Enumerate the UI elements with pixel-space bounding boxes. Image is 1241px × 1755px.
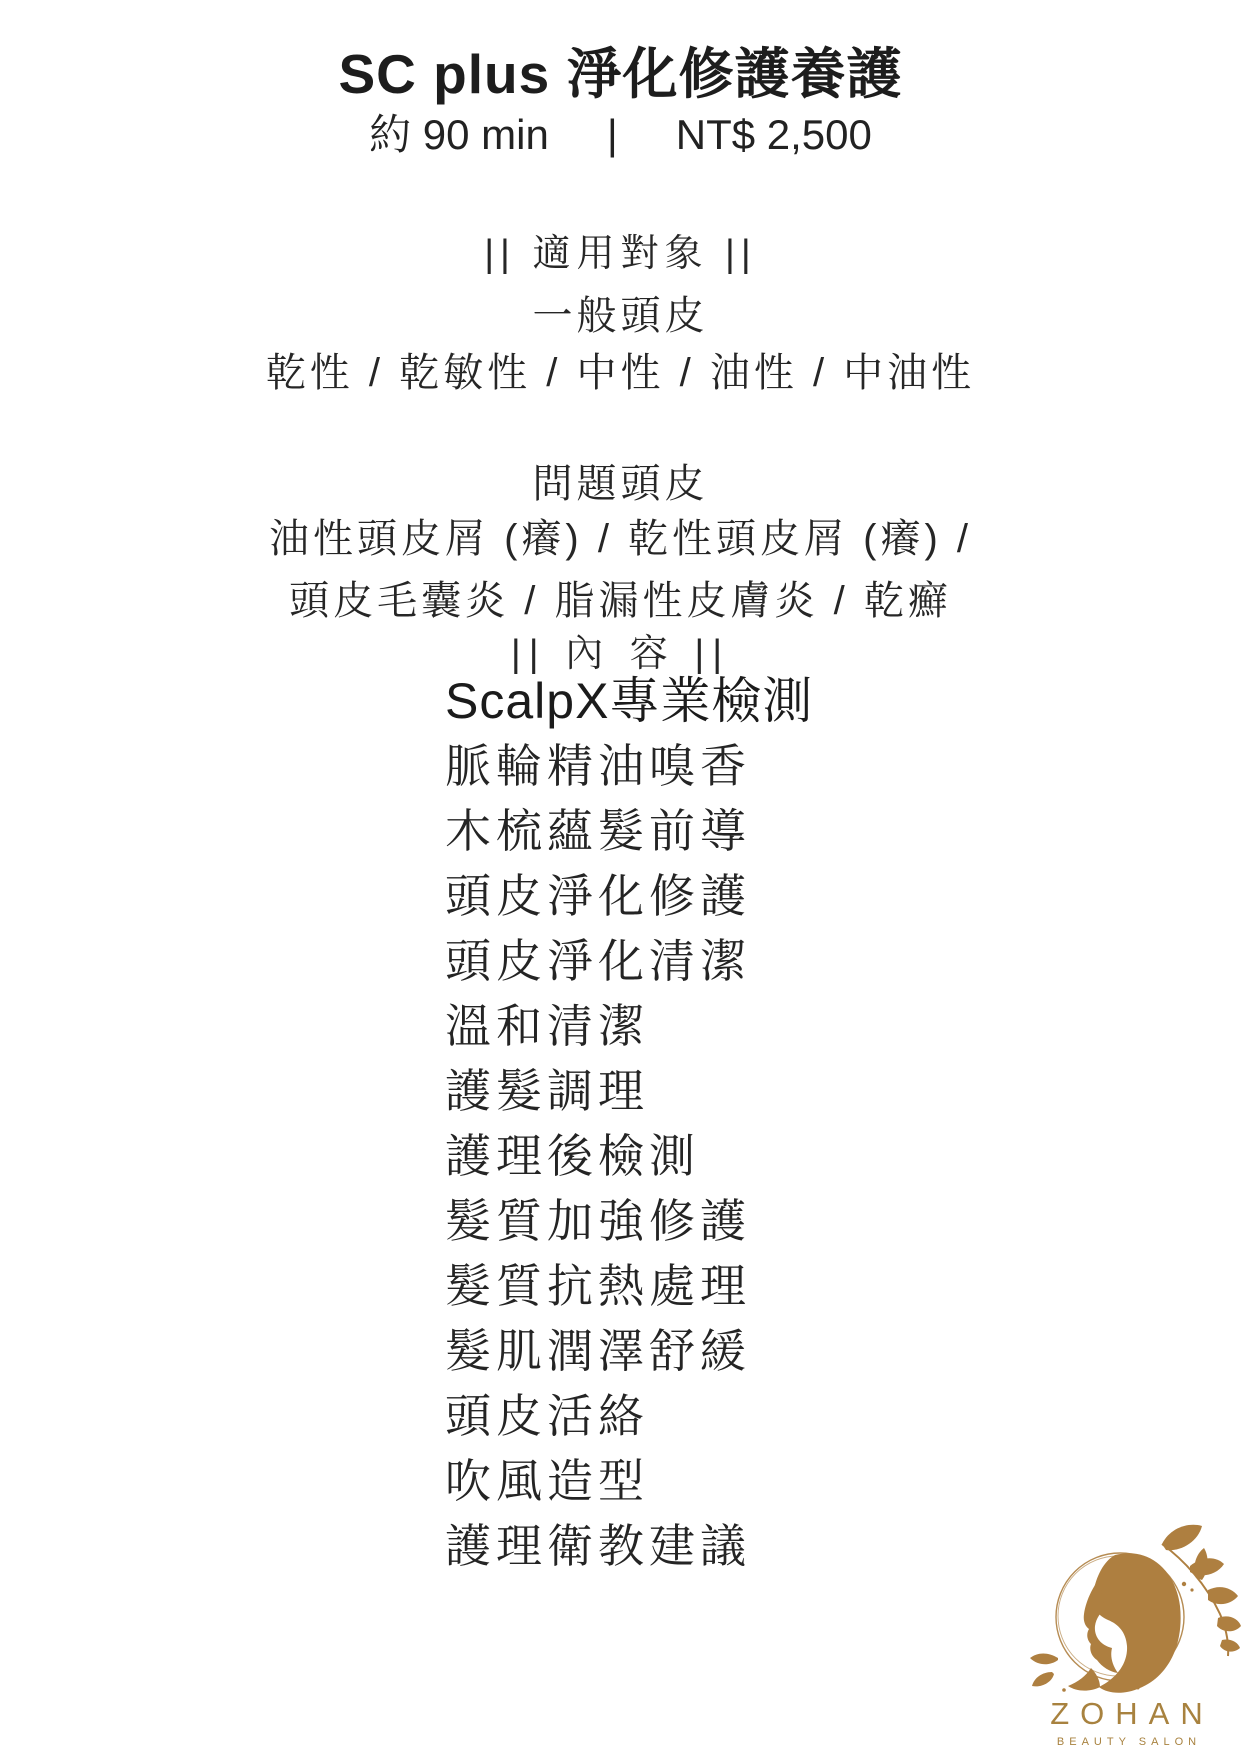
logo-tagline: BEAUTY SALON	[1052, 1736, 1201, 1748]
price-text: NT$ 2,500	[676, 111, 872, 159]
duration-price-row: 約 90 min | NT$ 2,500	[0, 102, 1241, 162]
normal-scalp-label: 一般頭皮	[0, 284, 1241, 341]
list-item: 髮質抗熱處理	[445, 1254, 813, 1319]
problem-scalp-label: 問題頭皮	[0, 452, 1241, 509]
list-item: 脈輪精油嗅香	[445, 734, 813, 799]
treatment-steps-list: ScalpX專業檢測 脈輪精油嗅香 木梳蘊髮前導 頭皮淨化修護 頭皮淨化清潔 溫…	[445, 668, 813, 1579]
problem-scalp-line2: 頭皮毛囊炎 / 脂漏性皮膚炎 / 乾癬	[0, 569, 1241, 626]
list-item: 頭皮淨化修護	[445, 864, 813, 929]
list-item: 護理衛教建議	[445, 1514, 813, 1579]
list-item: 髮質加強修護	[445, 1189, 813, 1254]
problem-scalp-line1: 油性頭皮屑 (癢) / 乾性頭皮屑 (癢) /	[0, 507, 1241, 564]
page-title: SC plus 淨化修護養護	[0, 30, 1241, 109]
list-item: 頭皮淨化清潔	[445, 929, 813, 994]
audience-section-header: || 適用對象 ||	[0, 222, 1241, 277]
list-item: 木梳蘊髮前導	[445, 799, 813, 864]
list-item: ScalpX專業檢測	[445, 668, 813, 734]
list-item: 溫和清潔	[445, 994, 813, 1059]
list-item: 頭皮活絡	[445, 1384, 813, 1449]
logo-wordmark: ZOHAN	[1039, 1696, 1214, 1732]
list-item: 護髮調理	[445, 1059, 813, 1124]
zohan-logo: ZOHAN BEAUTY SALON	[1012, 1520, 1241, 1748]
divider-bar: |	[607, 111, 618, 159]
list-item: 吹風造型	[445, 1449, 813, 1514]
duration-text: 約 90 min	[369, 102, 549, 162]
menu-page: SC plus 淨化修護養護 約 90 min | NT$ 2,500 || 適…	[0, 0, 1241, 1755]
list-item: 髮肌潤澤舒緩	[445, 1319, 813, 1384]
normal-scalp-types: 乾性 / 乾敏性 / 中性 / 油性 / 中油性	[0, 341, 1241, 398]
list-item: 護理後檢測	[445, 1124, 813, 1189]
woman-face-leaves-icon	[1012, 1520, 1241, 1696]
